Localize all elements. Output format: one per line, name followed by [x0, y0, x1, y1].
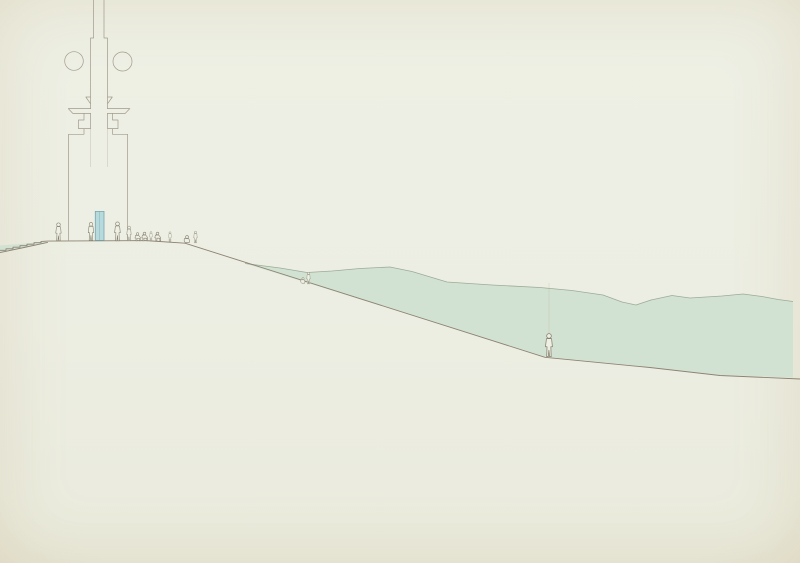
tower-body-left-outline [69, 113, 91, 240]
figure-crouch [184, 236, 189, 243]
figure-adult [168, 232, 171, 242]
figure-adult [56, 223, 61, 241]
tower [65, 0, 132, 241]
figure-seated [142, 232, 148, 241]
figure-seated [135, 233, 141, 241]
drawing-sheet [0, 0, 800, 563]
figure-seated [155, 232, 161, 241]
drawing-canvas [0, 0, 800, 563]
tower-inner-lines [91, 129, 108, 167]
tower-circles [65, 52, 132, 71]
figure-adult [150, 231, 153, 240]
figure-adult [115, 222, 121, 241]
figure-adult [88, 222, 93, 240]
tower-wings [68, 109, 130, 114]
meadow-fill [245, 264, 793, 378]
tower-body-right-outline [108, 113, 128, 240]
figure-adult [194, 231, 198, 243]
tower-mast [86, 0, 113, 109]
